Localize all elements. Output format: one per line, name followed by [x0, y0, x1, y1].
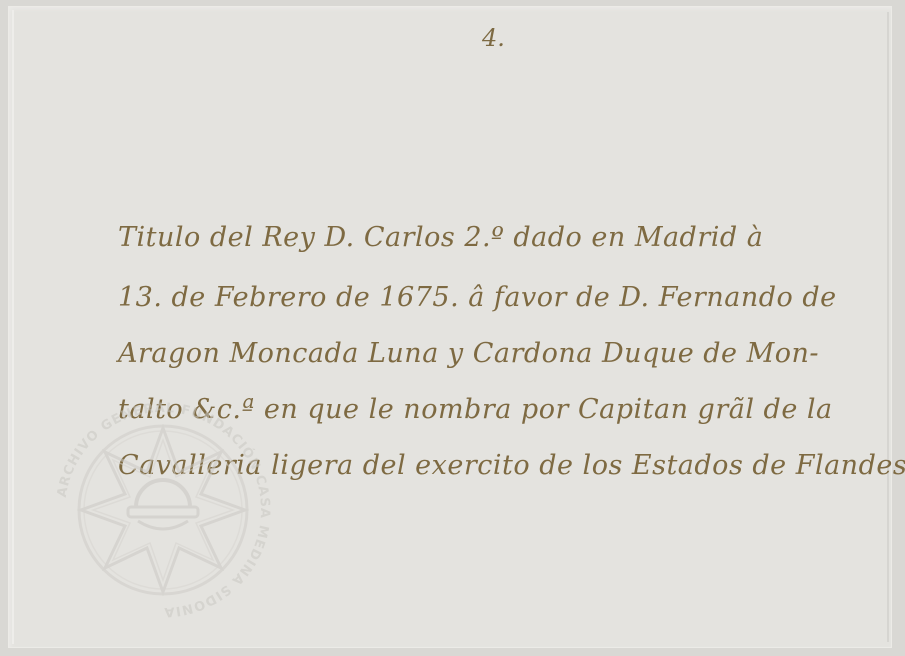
archive-seal-watermark: ARCHIVO GENERAL FUNDACIÓN CASA MEDINA SI… [48, 395, 278, 625]
manuscript-line: 13. de Febrero de 1675. â favor de D. Fe… [118, 282, 837, 313]
manuscript-line: Titulo del Rey D. Carlos 2.º dado en Mad… [118, 222, 763, 253]
manuscript-line: Aragon Moncada Luna y Cardona Duque de M… [118, 338, 819, 369]
page-number: 4. [482, 24, 505, 52]
paper-edge-left [12, 10, 14, 644]
star-seal-icon: ARCHIVO GENERAL FUNDACIÓN CASA MEDINA SI… [48, 395, 278, 625]
paper-edge-right [887, 12, 889, 642]
